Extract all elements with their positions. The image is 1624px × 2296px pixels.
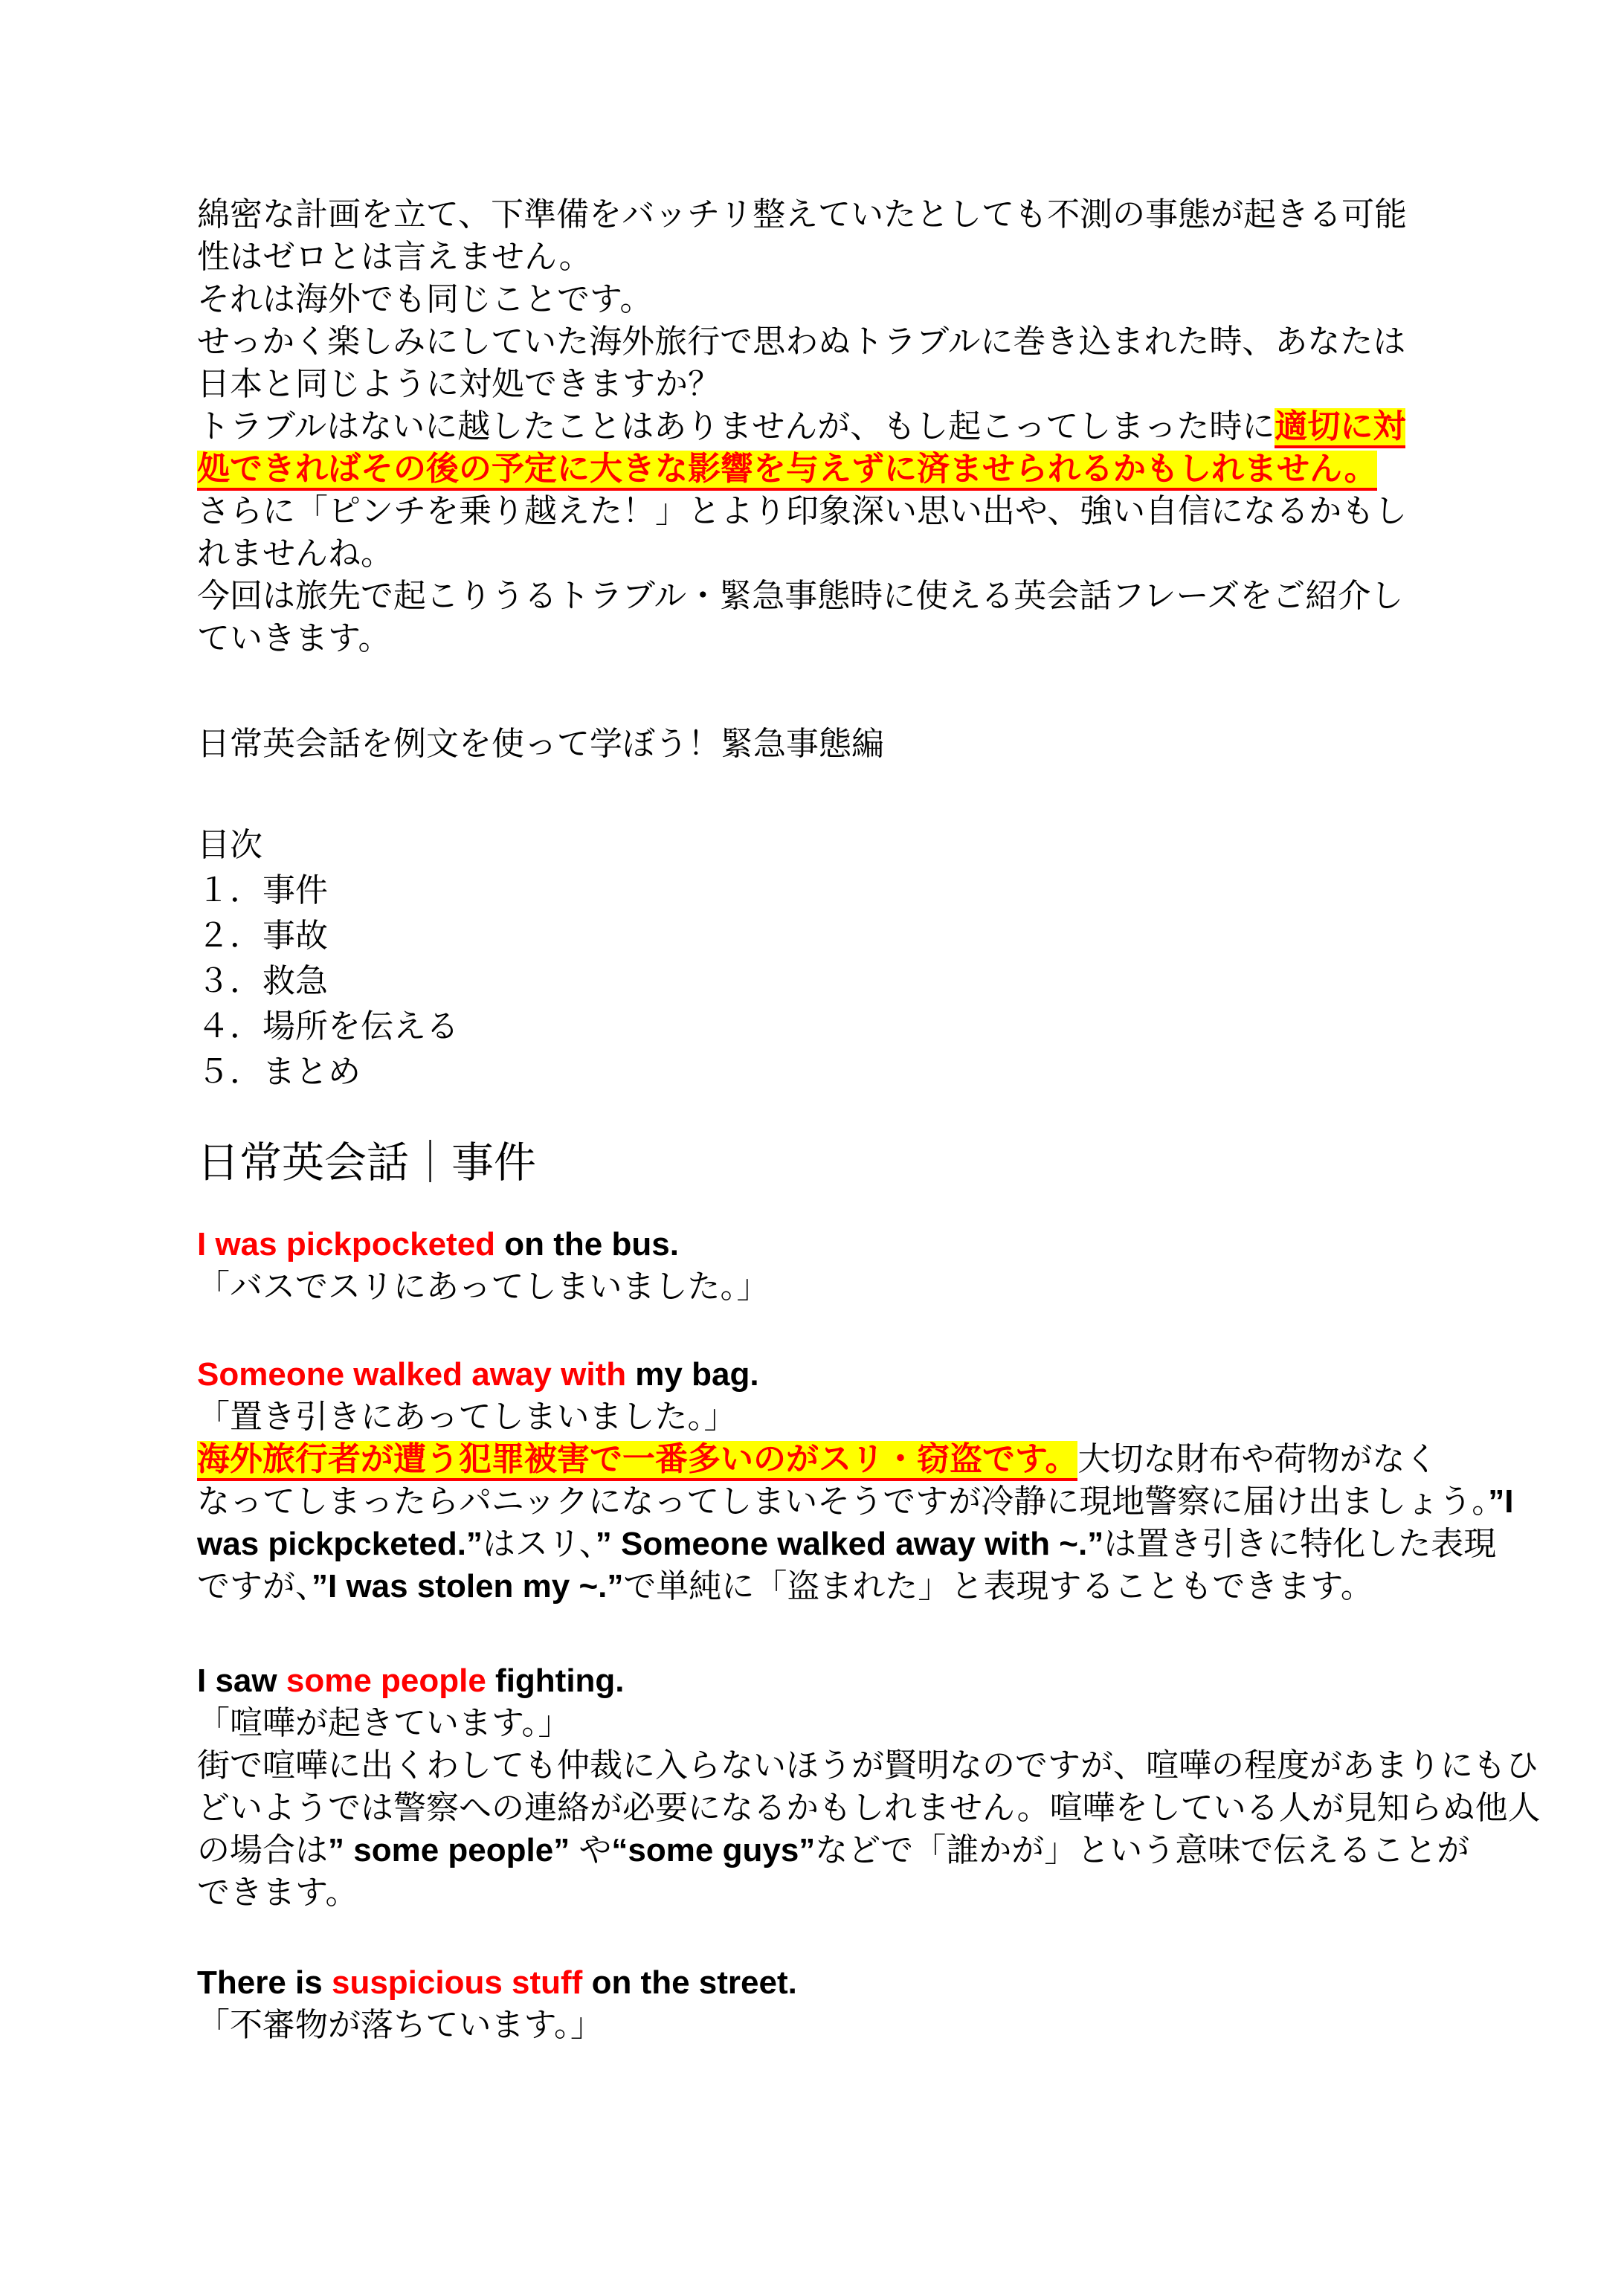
text-run: 「置き引きにあってしまいました。」	[197, 1399, 737, 1435]
text-run: 大切な財布や荷物がなく	[1077, 1441, 1437, 1477]
bold-text: There is	[197, 1964, 332, 2001]
text-line: それは海外でも同じことです。	[197, 278, 1454, 320]
text-line: 日常英会話を例文を使って学ぼう！緊急事態編	[197, 723, 1454, 765]
highlighted-text: 適切に対	[1275, 408, 1405, 448]
text-run: 日本と同じように対処できますか？	[197, 366, 721, 402]
phrase-walked-away: Someone walked away with my bag.「置き引きにあっ…	[197, 1353, 1454, 1607]
text-run: は置き引きに特化した表現	[1103, 1526, 1496, 1562]
phrase-fighting: I saw some people fighting.「喧嘩が起きています。」街…	[197, 1660, 1454, 1914]
text-run: なってしまったらパニックになってしまいそうですが冷静に現地警察に届け出ましょう。	[197, 1483, 1488, 1520]
text-line: 「不審物が落ちています。」	[197, 2004, 1454, 2046]
text-run: できます。	[197, 1874, 358, 1911]
text-run: 目次	[197, 827, 262, 863]
text-run: の場合は	[197, 1832, 328, 1868]
lesson-subheading: 日常英会話を例文を使って学ぼう！緊急事態編	[197, 723, 1454, 765]
text-line: の場合は” some people” や“some guys”などで「誰かが」と…	[197, 1829, 1454, 1871]
intro-paragraph: 綿密な計画を立て、下準備をバッチリ整えていたとしても不測の事態が起きる可能性はゼ…	[197, 193, 1454, 660]
bold-text: ” Someone walked away with ~.”	[596, 1526, 1103, 1562]
text-line: トラブルはないに越したことはありませんが、もし起こってしまった時に適切に対	[197, 405, 1454, 448]
text-line: There is suspicious stuff on the street.	[197, 1961, 1454, 2004]
text-run: ３．救急	[197, 963, 328, 999]
text-run: れませんね。	[197, 535, 393, 572]
text-line: ５．まとめ	[197, 1049, 1454, 1094]
text-line: ２．事故	[197, 913, 1454, 958]
phrase-pickpocketed: I was pickpocketed on the bus.「バスでスリにあって…	[197, 1223, 1454, 1308]
text-line: 綿密な計画を立て、下準備をバッチリ整えていたとしても不測の事態が起きる可能	[197, 193, 1454, 236]
text-line: 目次	[197, 822, 1454, 868]
highlighted-text: 処できればその後の予定に大きな影響を与えずに済ませられるかもしれません。	[197, 451, 1377, 491]
text-line: ですが、”I was stolen my ~.”で単純に「盗まれた」と表現するこ…	[197, 1565, 1454, 1607]
text-run: で単純に「盗まれた」と表現することもできます。	[623, 1568, 1373, 1605]
bold-text: my bag.	[626, 1356, 759, 1393]
text-line: できます。	[197, 1871, 1454, 1914]
text-run: 綿密な計画を立て、下準備をバッチリ整えていたとしても不測の事態が起きる可能	[197, 196, 1407, 233]
text-line: 「喧嘩が起きています。」	[197, 1702, 1454, 1744]
text-line: ４．場所を伝える	[197, 1004, 1454, 1049]
text-line: ３．救急	[197, 958, 1454, 1004]
text-line: れませんね。	[197, 532, 1454, 575]
text-line: 街で喧嘩に出くわしても仲裁に入らないほうが賢明なのですが、喧嘩の程度があまりにも…	[197, 1744, 1454, 1787]
text-run: ていきます。	[197, 620, 390, 657]
text-line: was pickpcketed.”はスリ、” Someone walked aw…	[197, 1523, 1454, 1565]
text-line: なってしまったらパニックになってしまいそうですが冷静に現地警察に届け出ましょう。…	[197, 1480, 1454, 1523]
table-of-contents: 目次１．事件２．事故３．救急４．場所を伝える５．まとめ	[197, 822, 1454, 1094]
phrase-suspicious-stuff: There is suspicious stuff on the street.…	[197, 1961, 1454, 2046]
text-run: などで「誰かが」という意味で伝えることが	[815, 1832, 1469, 1868]
bold-text: fighting.	[486, 1663, 625, 1699]
bold-text: on the street.	[582, 1964, 797, 2001]
text-run: ですが、	[197, 1568, 312, 1605]
text-run: 今回は旅先で起こりうるトラブル・緊急事態時に使える英会話フレーズをご紹介し	[197, 578, 1403, 614]
text-run: １．事件	[197, 872, 328, 909]
text-run: 街で喧嘩に出くわしても仲裁に入らないほうが賢明なのですが、喧嘩の程度があまりにも…	[197, 1747, 1538, 1784]
text-line: 日常英会話｜事件	[197, 1135, 1454, 1190]
text-line: 「置き引きにあってしまいました。」	[197, 1396, 1454, 1438]
bold-text: ” some people”	[328, 1832, 570, 1868]
text-run: 日常英会話を例文を使って学ぼう！緊急事態編	[197, 726, 884, 762]
text-line: せっかく楽しみにしていた海外旅行で思わぬトラブルに巻き込まれた時、あなたは	[197, 320, 1454, 363]
bold-text: ”I was stolen my ~.”	[312, 1568, 623, 1605]
bold-text: on the bus.	[495, 1226, 679, 1263]
text-line: 性はゼロとは言えません。	[197, 236, 1454, 278]
text-line: 処できればその後の予定に大きな影響を与えずに済ませられるかもしれません。	[197, 448, 1454, 490]
bold-text: ”I	[1488, 1483, 1513, 1520]
text-line: 今回は旅先で起こりうるトラブル・緊急事態時に使える英会話フレーズをご紹介し	[197, 575, 1454, 617]
highlighted-text: 海外旅行者が遭う犯罪被害で一番多いのがスリ・窃盗です。	[197, 1441, 1077, 1481]
text-line: I was pickpocketed on the bus.	[197, 1223, 1454, 1265]
text-run: トラブルはないに越したことはありませんが、もし起こってしまった時に	[197, 408, 1275, 445]
text-run: 日常英会話｜事件	[197, 1139, 536, 1187]
text-run: や	[570, 1832, 611, 1868]
bold-text: I saw	[197, 1663, 286, 1699]
text-run: ２．事故	[197, 918, 328, 954]
text-line: Someone walked away with my bag.	[197, 1353, 1454, 1396]
text-line: さらに「ピンチを乗り越えた！」とより印象深い思い出や、強い自信になるかもし	[197, 490, 1454, 532]
red-emphasis-text: some people	[286, 1663, 486, 1699]
red-emphasis-text: Someone walked away with	[197, 1356, 626, 1393]
text-line: 日本と同じように対処できますか？	[197, 363, 1454, 405]
text-line: ていきます。	[197, 617, 1454, 660]
text-run: どいようでは警察への連絡が必要になるかもしれません。喧嘩をしている人が見知らぬ他…	[197, 1790, 1541, 1826]
text-run: 「バスでスリにあってしまいました。」	[197, 1268, 770, 1305]
text-run: それは海外でも同じことです。	[197, 281, 652, 317]
text-run: 性はゼロとは言えません。	[197, 239, 592, 275]
text-line: どいようでは警察への連絡が必要になるかもしれません。喧嘩をしている人が見知らぬ他…	[197, 1787, 1454, 1829]
text-run: ４．場所を伝える	[197, 1008, 459, 1045]
text-run: せっかく楽しみにしていた海外旅行で思わぬトラブルに巻き込まれた時、あなたは	[197, 323, 1405, 360]
text-run: はスリ、	[483, 1526, 596, 1562]
red-emphasis-text: suspicious stuff	[332, 1964, 582, 2001]
text-run: 「不審物が落ちています。」	[197, 2007, 603, 2043]
section-heading-incident: 日常英会話｜事件	[197, 1135, 1454, 1190]
text-run: さらに「ピンチを乗り越えた！」とより印象深い思い出や、強い自信になるかもし	[197, 493, 1407, 529]
red-emphasis-text: I was pickpocketed	[197, 1226, 495, 1263]
bold-text: was pickpcketed.”	[197, 1526, 483, 1562]
text-run: 「喧嘩が起きています。」	[197, 1705, 570, 1741]
document-page: 綿密な計画を立て、下準備をバッチリ整えていたとしても不測の事態が起きる可能性はゼ…	[0, 0, 1624, 2296]
text-run: ５．まとめ	[197, 1054, 361, 1090]
bold-text: “some guys”	[611, 1832, 815, 1868]
text-line: I saw some people fighting.	[197, 1660, 1454, 1702]
text-line: １．事件	[197, 868, 1454, 913]
text-line: 「バスでスリにあってしまいました。」	[197, 1265, 1454, 1308]
text-line: 海外旅行者が遭う犯罪被害で一番多いのがスリ・窃盗です。大切な財布や荷物がなく	[197, 1438, 1454, 1480]
